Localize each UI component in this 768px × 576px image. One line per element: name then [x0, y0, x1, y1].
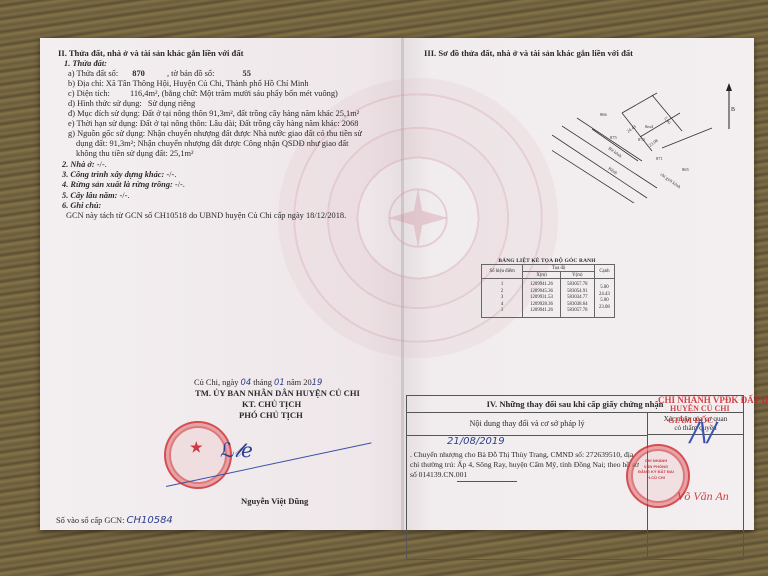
signature-scribble: ℒ𝓁ℯ [220, 440, 253, 460]
label-canal: Kênh [607, 166, 618, 176]
table-cell: 583034.77 [562, 295, 593, 302]
table-cell: 2 [483, 289, 521, 296]
label-edge-24-43: 24.43 [626, 123, 638, 133]
notes-value: GCN này tách từ GCN số CH10518 do UBND h… [66, 211, 346, 221]
usage-form-label: d) Hình thức sử dụng: [68, 99, 142, 108]
place-date-prefix: Củ Chi, ngày [194, 378, 238, 387]
table-cell: 1209941.26 [524, 282, 559, 289]
term-value: Đất ở tại nông thôn: Lâu dài; Đất trồng … [140, 119, 359, 128]
year-label: năm 20 [287, 378, 312, 387]
coordinate-table: Số hiệu điểm Tọa độ Cạnh X(m) Y(m) 12341… [481, 264, 615, 318]
label-865: 865 [682, 167, 690, 172]
north-label: B [731, 107, 735, 113]
stamp-inner-text: CHI NHÁNHVĂN PHÒNGĐĂNG KÝ ĐẤT ĐAIH.CỦ CH… [628, 458, 684, 480]
table-cell: 1209945.36 [524, 289, 559, 296]
signing-year: 19 [312, 377, 323, 387]
confirm-signature: /\/ [690, 420, 716, 446]
area-label: c) Diện tích: [68, 89, 110, 98]
registry-row: Số vào sổ cấp GCN: CH10584 [56, 516, 173, 526]
x-column: 1209941.261209945.361209931.531209928.36… [523, 279, 561, 318]
origin-row: g) Nguồn gốc sử dụng: Nhận chuyển nhượng… [68, 129, 362, 139]
origin-line-3: không thu tiền sử dụng đất: 25,1m² [76, 149, 194, 159]
purpose-row: đ) Mục đích sử dụng: Đất ở tại nông thôn… [68, 109, 359, 119]
label-875: 875 [610, 135, 618, 140]
table-cell: 583038.64 [562, 302, 593, 309]
address-row: b) Địa chỉ: Xã Tân Thông Hội, Huyện Củ C… [68, 79, 309, 89]
table-cell: 1209928.36 [524, 302, 559, 309]
page-fold [401, 38, 404, 530]
authority: TM. ỦY BAN NHÂN DÂN HUYỆN CỦ CHI [195, 388, 360, 398]
label-871: 871 [656, 156, 663, 161]
confirm-signer-name: Võ Văn An [677, 491, 729, 501]
changes-content-column: Nội dung thay đổi và cơ sở pháp lý 21/08… [407, 413, 648, 559]
table-cell: 1 [483, 282, 521, 289]
table-row: 12341 1209941.261209945.361209931.531209… [482, 279, 615, 318]
parcel-row: a) Thửa đất số: 870 , tờ bản đồ số: 55 [68, 69, 251, 79]
changes-content-header: Nội dung thay đổi và cơ sở pháp lý [407, 413, 647, 436]
table-cell: 24.43 [596, 292, 613, 299]
parcel-sketch: 866 875 870 871 865 0m4 24.43 23.08 5.00… [552, 73, 752, 203]
position: PHÓ CHỦ TỊCH [239, 410, 303, 420]
area-value: 116,4m², (bằng chữ: Một trăm mười sáu ph… [130, 89, 338, 98]
header-x: X(m) [523, 272, 561, 279]
purpose-value: Đất ở tại nông thôn 91,3m², đất trồng câ… [142, 109, 359, 118]
forest-label: 4. Rừng sản xuất là rừng trồng: [62, 180, 173, 189]
y-column: 583057.78583054.91583034.77583038.645830… [560, 279, 594, 318]
edge-column: 5.0024.435.0023.08 [594, 279, 614, 318]
land-heading: 1. Thửa đất: [64, 59, 107, 69]
on-behalf: KT. CHỦ TỊCH [242, 399, 301, 409]
section-iii-title: III. Sơ đồ thửa đất, nhà ở và tài sản kh… [424, 48, 633, 58]
signing-month: 01 [274, 377, 285, 387]
perennial-value: -/-. [119, 191, 129, 200]
origin-label: g) Nguồn gốc sử dụng: [68, 129, 145, 138]
point-column: 12341 [482, 279, 523, 318]
header-y: Y(m) [560, 272, 594, 279]
entry-line-1: . Chuyển nhượng cho Bà Đỗ Thị Thùy Trang… [410, 450, 633, 460]
signing-day: 04 [241, 377, 252, 387]
map-sheet-label: , tờ bản đồ số: [167, 69, 214, 78]
land-certificate-document: II. Thửa đất, nhà ở và tài sản khác gắn … [40, 38, 754, 530]
signer-name: Nguyễn Việt Dũng [241, 496, 308, 506]
seal-star-icon: ★ [190, 439, 203, 456]
address-value: Xã Tân Thông Hội, Huyện Củ Chi, Thành ph… [106, 79, 309, 88]
origin-line-2: dụng đất: 91,3m²; Nhận chuyển nhượng đất… [76, 139, 348, 149]
perennial-row: 5. Cây lâu năm: -/-. [62, 191, 129, 201]
table-cell: 1209931.53 [524, 295, 559, 302]
entry-line-2: chỉ thường trú: Ấp 4, Sông Ray, huyện Cẩ… [410, 460, 639, 470]
table-cell: 5.00 [596, 285, 613, 292]
other-construction-value: -/-. [166, 170, 176, 179]
table-cell: 1 [483, 308, 521, 315]
table-cell: 583054.91 [562, 289, 593, 296]
address-label: b) Địa chỉ: [68, 79, 104, 88]
house-label: 2. Nhà ở: [62, 160, 95, 169]
parcel-number: 870 [132, 69, 145, 78]
forest-value: -/-. [175, 180, 185, 189]
entry-date: 21/08/2019 [447, 437, 505, 447]
table-cell: 583057.78 [562, 282, 593, 289]
usage-form-value: Sử dụng riêng [148, 99, 195, 108]
label-edge-23-08: 23.08 [648, 137, 660, 147]
registry-number: CH10584 [126, 515, 172, 526]
stamp-inner-line: H.CỦ CHI [628, 475, 684, 481]
place-date: Củ Chi, ngày 04 tháng 01 năm 2019 [194, 377, 322, 388]
registry-label: Số vào sổ cấp GCN: [56, 516, 124, 525]
term-label: e) Thời hạn sử dụng: [68, 119, 138, 128]
perennial-label: 5. Cây lâu năm: [62, 191, 117, 200]
table-cell: 23.08 [596, 305, 613, 312]
other-construction-label: 3. Công trình xây dựng khác: [62, 170, 164, 179]
purpose-label: đ) Mục đích sử dụng: [68, 109, 140, 118]
usage-form-row: d) Hình thức sử dụng: Sử dụng riêng [68, 99, 195, 109]
entry-underline [457, 481, 517, 482]
header-coords: Tọa độ [523, 265, 595, 272]
table-cell: 1209941.26 [524, 308, 559, 315]
map-sheet-number: 55 [243, 69, 251, 78]
north-arrow-icon: B [726, 83, 735, 129]
parcel-label: a) Thửa đất số: [68, 69, 118, 78]
house-value: -/-. [97, 160, 107, 169]
forest-row: 4. Rừng sản xuất là rừng trồng: -/-. [62, 180, 185, 190]
table-cell: 3 [483, 295, 521, 302]
term-row: e) Thời hạn sử dụng: Đất ở tại nông thôn… [68, 119, 359, 129]
other-construction-row: 3. Công trình xây dựng khác: -/-. [62, 170, 176, 180]
table-cell: 5.00 [596, 298, 613, 305]
label-canal-boundary: chỉ giới kênh [659, 172, 682, 190]
label-870: 870 [638, 137, 646, 142]
origin-line-1: Nhận chuyển nhượng đất được Nhà nước gia… [147, 129, 362, 138]
table-cell: 583057.78 [562, 308, 593, 315]
header-point: Số hiệu điểm [482, 265, 523, 279]
label-0m4: 0m4 [645, 124, 654, 129]
section-ii-title: II. Thửa đất, nhà ở và tài sản khác gắn … [58, 48, 243, 58]
entry-line-3: số 014139.CN.001 [410, 470, 467, 480]
area-row: c) Diện tích: 116,4m², (bằng chữ: Một tr… [68, 89, 338, 99]
table-cell: 4 [483, 302, 521, 309]
stamp-header-2: HUYỆN CỦ CHI [670, 404, 730, 414]
header-edge: Cạnh [594, 265, 614, 279]
house-row: 2. Nhà ở: -/-. [62, 160, 107, 170]
label-866: 866 [600, 112, 608, 117]
month-label: tháng [253, 378, 272, 387]
notes-label: 6. Ghi chú: [62, 201, 101, 211]
